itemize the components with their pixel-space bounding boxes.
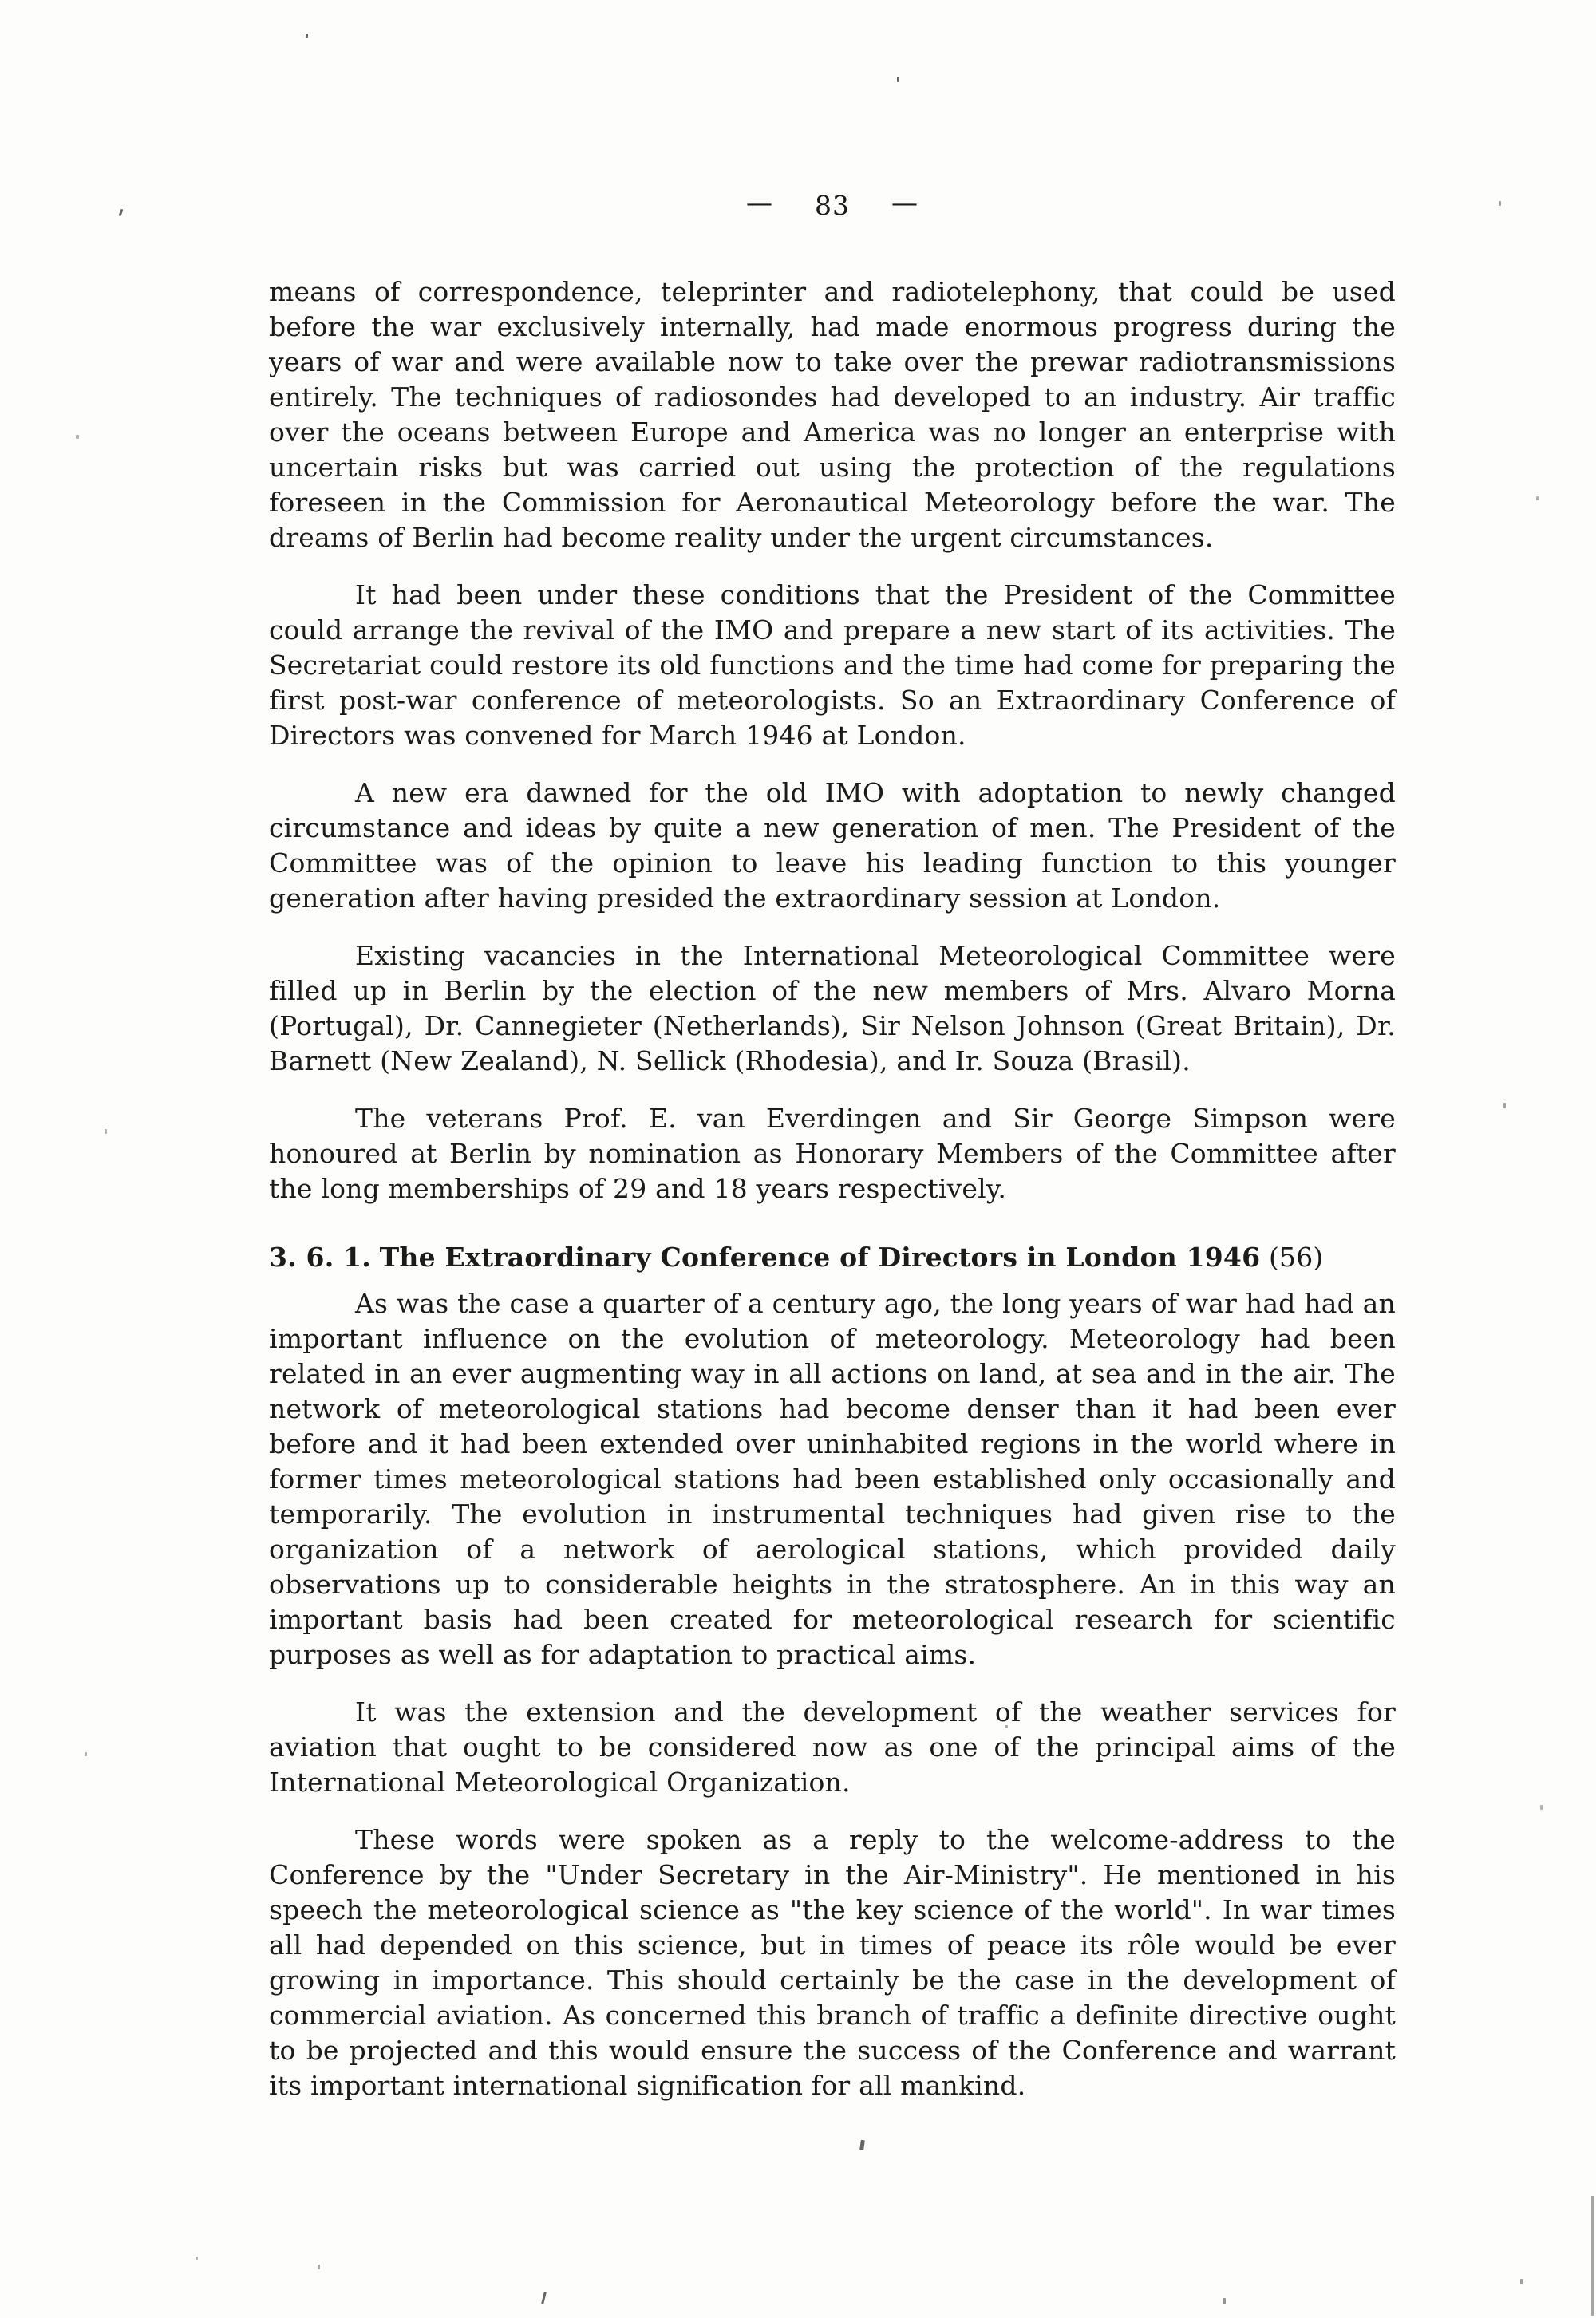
- section-title: The Extraordinary Conference of Director…: [380, 1242, 1261, 1273]
- scan-speck: [1520, 2279, 1523, 2284]
- paragraph: A new era dawned for the old IMO with ad…: [269, 776, 1396, 916]
- paragraph: These words were spoken as a reply to th…: [269, 1822, 1396, 2103]
- scan-speck: [1005, 1725, 1008, 1728]
- scan-speck: [1223, 2298, 1226, 2304]
- scan-speck: [1536, 496, 1539, 500]
- text-column: means of correspondence, teleprinter and…: [269, 274, 1396, 2126]
- page-header: —83—: [269, 188, 1396, 223]
- scan-speck: [897, 77, 899, 82]
- scan-speck: [76, 435, 79, 439]
- paragraph: As was the case a quarter of a century a…: [269, 1286, 1396, 1672]
- scan-speck: [541, 2292, 547, 2304]
- scan-speck: [105, 1129, 107, 1134]
- scan-speck: [119, 209, 124, 216]
- section-reference: (56): [1269, 1242, 1324, 1273]
- scan-speck: [306, 34, 308, 38]
- paragraph: It was the extension and the development…: [269, 1695, 1396, 1800]
- paragraph-continuation: means of correspondence, teleprinter and…: [269, 274, 1396, 555]
- header-dash-left: —: [746, 185, 773, 220]
- section-number: 3. 6. 1.: [269, 1242, 371, 1273]
- header-dash-right: —: [891, 185, 918, 220]
- scan-speck: [85, 1752, 87, 1756]
- scan-speck: [318, 2265, 320, 2269]
- paragraph: Existing vacancies in the International …: [269, 938, 1396, 1079]
- scan-speck: [1499, 201, 1501, 206]
- paragraph: It had been under these conditions that …: [269, 578, 1396, 753]
- scan-speck: [1503, 1103, 1506, 1108]
- scan-speck: [1540, 1805, 1543, 1810]
- paragraph: The veterans Prof. E. van Everdingen and…: [269, 1101, 1396, 1206]
- scan-speck: [859, 2140, 865, 2151]
- page-edge-artifact: [1591, 2196, 1594, 2316]
- scan-speck: [196, 2257, 198, 2260]
- page-number: 83: [815, 188, 850, 223]
- document-page: —83— means of correspondence, teleprinte…: [0, 0, 1596, 2318]
- section-heading: 3. 6. 1. The Extraordinary Conference of…: [269, 1240, 1396, 1275]
